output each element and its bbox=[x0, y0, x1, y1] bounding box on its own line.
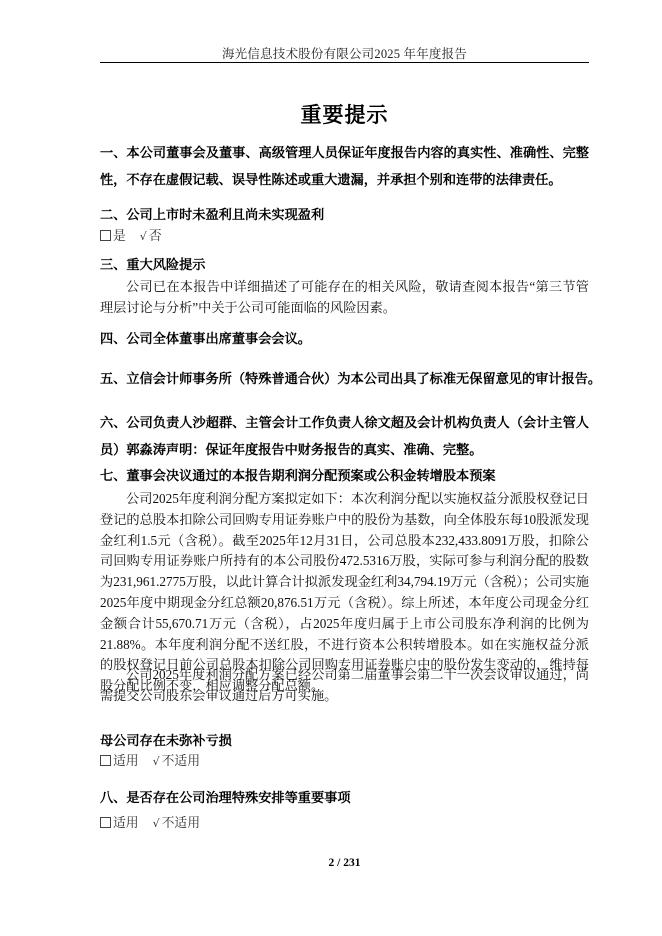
section-7-paragraph-2: 公司2025年度利润分配方案已经公司第二届董事会第二十一次会议审议通过，尚需提交… bbox=[100, 665, 589, 707]
running-header: 海光信息技术股份有限公司2025 年年度报告 bbox=[100, 44, 589, 62]
option-not-applicable: √不适用 bbox=[153, 816, 200, 831]
section-3-heading: 三、重大风险提示 bbox=[100, 252, 589, 279]
section-4-heading: 四、公司全体董事出席董事会会议。 bbox=[100, 326, 589, 353]
unchecked-box-icon bbox=[100, 817, 111, 828]
page-number: 2 / 231 bbox=[100, 857, 589, 869]
option-no: √否 bbox=[140, 229, 162, 244]
section-5-heading: 五、立信会计师事务所（特殊普通合伙）为本公司出具了标准无保留意见的审计报告。 bbox=[100, 366, 589, 393]
option-applicable: 适用 bbox=[100, 816, 139, 831]
section-6-heading: 六、公司负责人沙超群、主管会计工作负责人徐文超及会计机构负责人（会计主管人员）郭… bbox=[100, 410, 589, 464]
section-1-heading: 一、本公司董事会及董事、高级管理人员保证年度报告内容的真实性、准确性、完整性，不… bbox=[100, 140, 589, 194]
header-rule bbox=[100, 62, 589, 63]
page-title: 重要提示 bbox=[100, 99, 589, 129]
parent-loss-heading: 母公司存在未弥补亏损 bbox=[100, 728, 589, 755]
section-2-options: 是√否 bbox=[100, 228, 589, 246]
parent-loss-options: 适用√不适用 bbox=[100, 753, 589, 771]
section-2-heading: 二、公司上市时未盈利且尚未实现盈利 bbox=[100, 202, 589, 229]
option-yes: 是 bbox=[100, 229, 126, 244]
checkmark-icon: √ bbox=[140, 228, 147, 246]
checkmark-icon: √ bbox=[153, 753, 160, 771]
section-8-heading: 八、是否存在公司治理特殊安排等重要事项 bbox=[100, 785, 589, 812]
option-applicable: 适用 bbox=[100, 754, 139, 769]
option-not-applicable: √不适用 bbox=[153, 754, 200, 769]
checkmark-icon: √ bbox=[153, 815, 160, 833]
section-8-options: 适用√不适用 bbox=[100, 815, 589, 833]
unchecked-box-icon bbox=[100, 230, 111, 241]
unchecked-box-icon bbox=[100, 755, 111, 766]
section-7-heading: 七、董事会决议通过的本报告期利润分配预案或公积金转增股本预案 bbox=[100, 463, 589, 490]
section-3-body: 公司已在本报告中详细描述了可能存在的相关风险，敬请查阅本报告“第三节管理层讨论与… bbox=[100, 277, 589, 319]
